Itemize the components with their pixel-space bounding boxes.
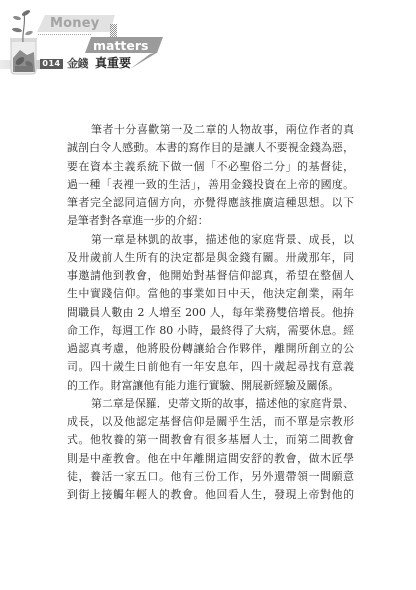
text-line: 要在資本主義系統下做一個「不必聖俗二分」的基督徒， bbox=[67, 158, 354, 176]
text-line: 間職員人數由 2 人增至 200 人，每年業務雙倍增長。他拚 bbox=[67, 304, 354, 322]
text-line: 到街上接觸年輕人的教會。他回看人生，發現上帝對他的 bbox=[67, 486, 354, 504]
text-line: 筆者完全認同這個方向，亦覺得應該推廣這種思想。以下 bbox=[67, 194, 354, 212]
text-line: 命工作，每週工作 80 小時，最終得了大病，需要休息。經 bbox=[67, 322, 354, 340]
text-line: 司。四十歲生日前他有一年安息年，四十歲起尋找有意義 bbox=[67, 358, 354, 376]
text-line: 及卅歲前人生所有的決定都是與金錢有關。卅歲那年，同 bbox=[67, 249, 354, 267]
text-line: 的工作。財富讓他有能力進行實驗、開展新經驗及關係。 bbox=[67, 377, 354, 395]
text-line: 第一章是林凱的故事，描述他的家庭背景、成長，以 bbox=[67, 231, 354, 249]
text-line: 生中實踐信仰。當他的事業如日中天，他決定創業，兩年 bbox=[67, 285, 354, 303]
text-line: 是筆者對各章進一步的介紹： bbox=[67, 212, 354, 230]
paragraph-2: 第一章是林凱的故事，描述他的家庭背景、成長，以 及卅歲前人生所有的決定都是與金錢… bbox=[67, 231, 354, 395]
banner-tail-shape bbox=[130, 52, 158, 69]
text-line: 過認真考慮，他將股份轉讓給合作夥伴，離開所創立的公 bbox=[67, 340, 354, 358]
running-title-part2: 真重要 bbox=[95, 57, 131, 70]
text-line: 則是中產教會。他在中年離開這間安舒的教會，做木匠學 bbox=[67, 450, 354, 468]
paragraph-3: 第二章是保羅．史蒂文斯的故事，描述他的家庭背景、 成長，以及他認定基督信仰是關乎… bbox=[67, 395, 354, 505]
text-line: 第二章是保羅．史蒂文斯的故事，描述他的家庭背景、 bbox=[67, 395, 354, 413]
text-line: 誠剖白令人感動。本書的寫作目的是讓人不要視金錢為惡， bbox=[67, 139, 354, 157]
paragraph-1: 筆者十分喜歡第一及二章的人物故事，兩位作者的真 誠剖白令人感動。本書的寫作目的是… bbox=[67, 121, 354, 231]
text-line: 徒，養活一家五口。他有三份工作，另外還帶領一間願意 bbox=[67, 468, 354, 486]
page-number: 014 bbox=[40, 59, 63, 69]
checker-accent bbox=[110, 24, 117, 37]
text-line: 事邀請他到教會，他開始對基督信仰認真，希望在整個人 bbox=[67, 267, 354, 285]
text-line: 式。他牧養的第一間教會有很多基層人士，而第二間教會 bbox=[67, 431, 354, 449]
body-text: 筆者十分喜歡第一及二章的人物故事，兩位作者的真 誠剖白令人感動。本書的寫作目的是… bbox=[67, 121, 354, 504]
running-title-part1: 金錢 bbox=[67, 57, 88, 70]
banner-top-text: Money bbox=[50, 16, 99, 32]
banner-bottom-text: matters bbox=[93, 38, 149, 53]
text-line: 過一種「表裡一致的生活」，善用金錢投資在上帝的國度。 bbox=[67, 176, 354, 194]
text-line: 筆者十分喜歡第一及二章的人物故事，兩位作者的真 bbox=[67, 121, 354, 139]
text-line: 成長，以及他認定基督信仰是關乎生活，而不單是宗教形 bbox=[67, 413, 354, 431]
